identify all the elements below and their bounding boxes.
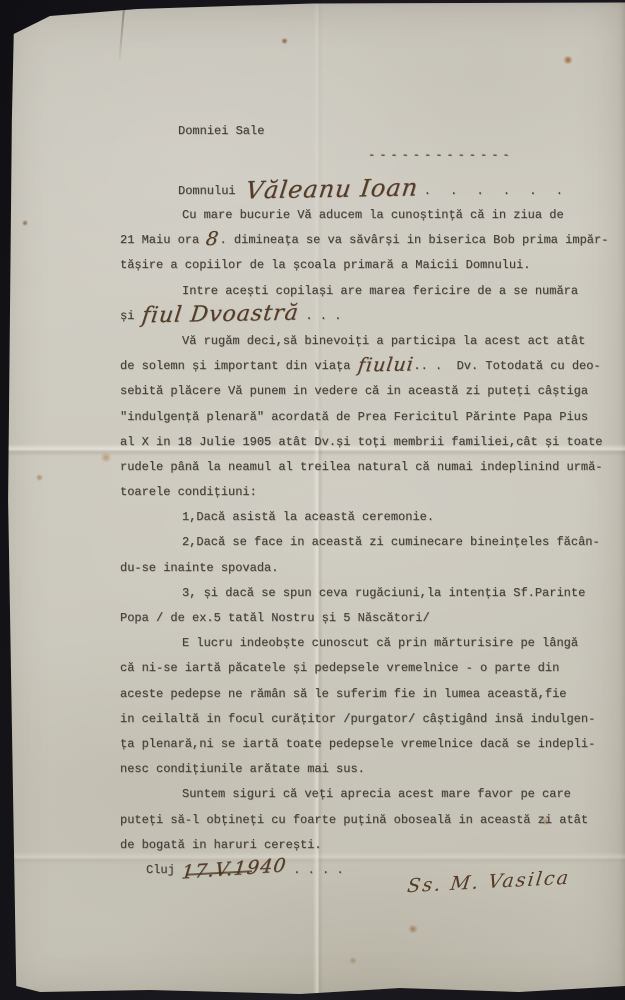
typed-text: 3, și dacă se spun ceva rugăciuni,la int… (182, 586, 585, 600)
typed-text: .. . Dv. Totodată cu deo- (413, 359, 600, 373)
typed-text: sebită plăcere Vă punem in vedere că in … (120, 384, 588, 398)
typed-text: tășire a copiilor de la școala primară a… (120, 258, 530, 272)
typed-text: Suntem siguri că veți aprecia acest mare… (182, 787, 571, 801)
letter-line: tășire a copiilor de la școala primară a… (120, 253, 620, 278)
typed-text: toarele condițiuni: (120, 485, 257, 499)
letter-line: 21 Maiu ora 8. dimineața se va săvârși i… (120, 228, 620, 253)
recipient-label: Domnului (178, 184, 236, 198)
letter-line: și fiul Dvoastră . . . (120, 304, 620, 329)
handwritten-text: fiului (358, 365, 414, 366)
letter-line: Suntem siguri că veți aprecia acest mare… (120, 782, 620, 807)
letter-line: puteți să-l obțineți cu foarte puțină ob… (120, 808, 620, 833)
letter-line: 2,Dacă se face in această zi cuminecare … (120, 530, 620, 555)
foxing-spot (408, 925, 418, 933)
signature-handwritten: Ss. M. Vasilca (407, 878, 570, 886)
typed-text: in ceilaltă in focul curățitor /purgator… (120, 712, 595, 726)
typed-text: de solemn și important din viața (120, 359, 358, 373)
typed-text: Intre acești copilași are marea fericire… (182, 284, 578, 298)
typed-text: puteți să-l obțineți cu foarte puțină ob… (120, 813, 588, 827)
typed-text: că ni-se iartă păcatele și pedepsele vre… (120, 661, 559, 675)
letter-paper: Domniei Sale DomnuluiVăleanu Ioan. . . .… (0, 0, 625, 1000)
letter-line: sebită plăcere Vă punem in vedere că in … (120, 379, 620, 404)
recipient-name-handwritten: Văleanu Ioan (245, 187, 417, 190)
recipient-dots: . . . . . . (424, 184, 569, 198)
typed-text: rudele până la neamul al treilea natural… (120, 460, 602, 474)
letter-line: de solemn și important din viața fiului.… (120, 354, 620, 379)
letter-line: 3, și dacă se spun ceva rugăciuni,la int… (120, 581, 620, 606)
typed-text: al X in 18 Julie 1905 atât Dv.și toți me… (120, 435, 602, 449)
typed-text: de bogată in haruri cerești. (120, 838, 322, 852)
handwritten-text: fiul Dvoastră (141, 313, 298, 316)
salutation-text: Domniei Sale (178, 124, 264, 138)
letter-line: du-se inainte spovada. (120, 556, 620, 581)
letter-line: toarele condițiuni: (120, 480, 620, 505)
letter-line: 1,Dacă asistă la această ceremonie. (120, 505, 620, 530)
typed-text: E lucru indeobște cunoscut că prin mărtu… (182, 636, 578, 650)
typed-text: nesc condițiunile arătate mai sus. (120, 762, 365, 776)
letter-line: Cu mare bucurie Vă aducem la cunoștință … (120, 203, 620, 228)
typed-text: Popa / de ex.5 tatăl Nostru și 5 Născăto… (120, 611, 430, 625)
typed-text: . dimineața se va săvârși in biserica Bo… (220, 233, 609, 247)
letter-line: nesc condițiunile arătate mai sus. (120, 757, 620, 782)
letter-body: Cu mare bucurie Vă aducem la cunoștință … (120, 203, 620, 883)
typed-text: și (120, 309, 142, 323)
letter-line: ța plenară,ni se iartă toate pedepsele v… (120, 732, 620, 757)
typed-text: 21 Maiu ora (120, 233, 206, 247)
letter-line: in ceilaltă in focul curățitor /purgator… (120, 707, 620, 732)
typed-text: aceste pedepse ne rămân să le suferim fi… (120, 687, 566, 701)
typed-text: . . . . (286, 863, 344, 877)
typed-text: Vă rugăm deci,să binevoiți a participa l… (182, 334, 585, 348)
letter-line: Popa / de ex.5 tatăl Nostru și 5 Născăto… (120, 606, 620, 631)
photo-background: Domniei Sale DomnuluiVăleanu Ioan. . . .… (0, 0, 625, 1000)
foxing-spot (281, 38, 288, 44)
letter-line: rudele până la neamul al treilea natural… (120, 455, 620, 480)
letter-line: că ni-se iartă păcatele și pedepsele vre… (120, 656, 620, 681)
recipient-dashed-line: ------------- (368, 148, 514, 162)
foxing-spot (36, 474, 43, 481)
paper-crack (118, 2, 125, 60)
letter-line: Vă rugăm deci,să binevoiți a participa l… (120, 329, 620, 354)
typed-text: 2,Dacă se face in această zi cuminecare … (182, 535, 600, 549)
typed-text: Cu mare bucurie Vă aducem la cunoștință … (182, 208, 564, 222)
foxing-spot (22, 220, 28, 226)
typed-text: 1,Dacă asistă la această ceremonie. (182, 510, 434, 524)
typed-text: ța plenară,ni se iartă toate pedepsele v… (120, 737, 595, 751)
letter-line: E lucru indeobște cunoscut că prin mărtu… (120, 631, 620, 656)
letter-line: "indulgență plenară" acordată de Prea Fe… (120, 405, 620, 430)
typed-text: du-se inainte spovada. (120, 561, 278, 575)
letter-line: de bogată in haruri cerești. (120, 833, 620, 858)
typed-text: Cluj (146, 863, 182, 877)
typed-text: . . . (298, 309, 341, 323)
foxing-spot (100, 453, 112, 462)
letter-line: Intre acești copilași are marea fericire… (120, 279, 620, 304)
foxing-spot (349, 957, 357, 964)
letter-line: al X in 18 Julie 1905 atât Dv.și toți me… (120, 430, 620, 455)
foxing-spot (563, 56, 573, 64)
letter-line: aceste pedepse ne rămân să le suferim fi… (120, 682, 620, 707)
typed-text: "indulgență plenară" acordată de Prea Fe… (120, 410, 588, 424)
